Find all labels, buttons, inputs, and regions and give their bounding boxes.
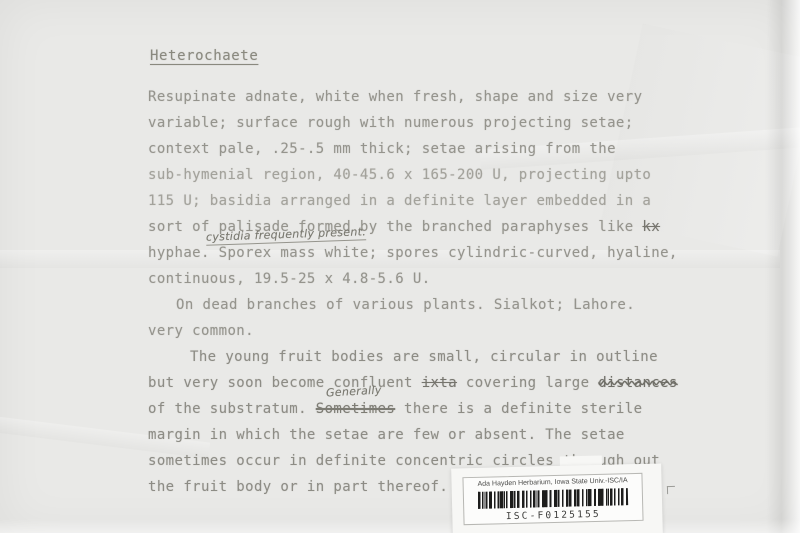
typed-line: continuous, 19.5-25 x 4.8-5.6 U. (148, 266, 748, 292)
handwritten-word-underlined: cystidia (206, 229, 251, 244)
typed-line: sub-hymenial region, 40-45.6 x 165-200 U… (148, 162, 748, 188)
barcode-icon (478, 488, 628, 509)
typed-line: The young fruit bodies are small, circul… (148, 344, 748, 370)
barcode-label: Ada Hayden Herbarium, Iowa State Univ.-I… (462, 473, 643, 525)
paper-right-edge-shadow (766, 0, 800, 533)
typed-line: but very soon become confluent ixta cove… (148, 370, 748, 396)
typed-segment: of the substratum. (148, 401, 316, 417)
typed-text-block: Resupinate adnate, white when fresh, sha… (148, 84, 748, 500)
typed-line: On dead branches of various plants. Sial… (148, 292, 748, 318)
scribbled-out-word: distances (598, 375, 677, 391)
paper-bottom-edge-shadow (0, 519, 800, 533)
typed-line: 115 U; basidia arranged in a definite la… (148, 188, 748, 214)
typed-line: margin in which the setae are few or abs… (148, 422, 748, 448)
typed-line: very common. (148, 318, 748, 344)
herbarium-institution-text: Ada Hayden Herbarium, Iowa State Univ.-I… (478, 477, 628, 488)
barcode-number: ISC-F0125155 (506, 509, 601, 521)
paper-sheet: Heterochaete Resupinate adnate, white wh… (0, 0, 800, 533)
struck-out-word: Sometimes (316, 401, 395, 417)
struck-out-word: kx (642, 219, 660, 235)
typed-line: of the substratum. Sometimes there is a … (148, 396, 748, 422)
typed-line: variable; surface rough with numerous pr… (148, 110, 748, 136)
struck-out-word: ixta (422, 375, 457, 391)
scanned-document-photo: Heterochaete Resupinate adnate, white wh… (0, 0, 800, 533)
typed-segment: there is a definite sterile (395, 401, 642, 417)
typed-segment: covering large (457, 375, 598, 391)
typed-line: context pale, .25-.5 mm thick; setae ari… (148, 136, 748, 162)
typed-line: Resupinate adnate, white when fresh, sha… (148, 84, 748, 110)
handwritten-text: frequently present. (251, 225, 367, 242)
page-title: Heterochaete (150, 48, 258, 64)
corner-registration-mark (667, 486, 675, 494)
